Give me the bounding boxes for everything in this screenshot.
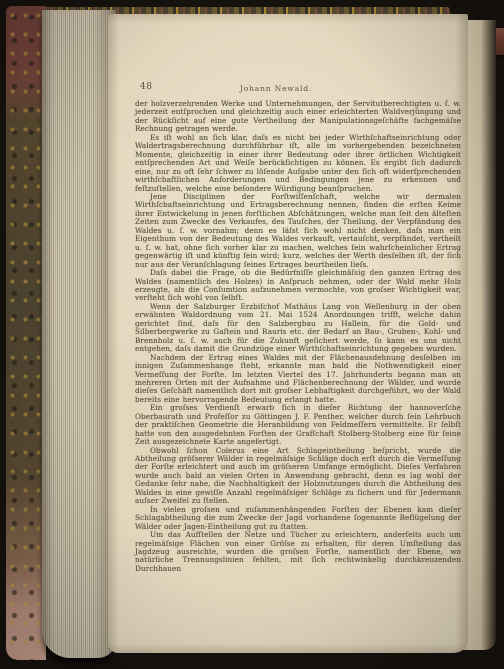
running-header: Johann Newald. — [113, 84, 439, 93]
book-page: 48 Johann Newald. der holzverzehrenden W… — [108, 14, 468, 653]
paragraph: Daſs dabei die Frage, ob die Bedürfniſſe… — [135, 269, 461, 303]
paragraph: In vielen groſsen und zuſammenhängenden … — [135, 506, 461, 531]
paragraph: Jene Disciplinen der Forſtwiſſenſchaft, … — [135, 193, 461, 269]
paragraph: Es iſt wohl an ſich klar, daſs es nicht … — [135, 134, 461, 193]
body-text: der holzverzehrenden Werke und Unternehm… — [135, 100, 461, 573]
paragraph: der holzverzehrenden Werke und Unternehm… — [135, 100, 461, 134]
paragraph: Nachdem der Ertrag eines Waldes mit der … — [135, 354, 461, 405]
book-cover-marbled-left-edge — [6, 6, 46, 660]
paragraph: Um das Aufſtellen der Netze und Tücher z… — [135, 531, 461, 573]
paragraph: Obwohl ſchon Colerus eine Art Schlageint… — [135, 447, 461, 506]
paragraph: Ein groſses Verdienſt erwarb ſich in die… — [135, 404, 461, 446]
scan-background: 48 Johann Newald. der holzverzehrenden W… — [0, 0, 504, 669]
paragraph: Wenn der Salzburger Erzbiſchof Mathäus L… — [135, 303, 461, 354]
page-header: 48 Johann Newald. — [135, 82, 461, 95]
page-edge-stack — [42, 10, 116, 658]
